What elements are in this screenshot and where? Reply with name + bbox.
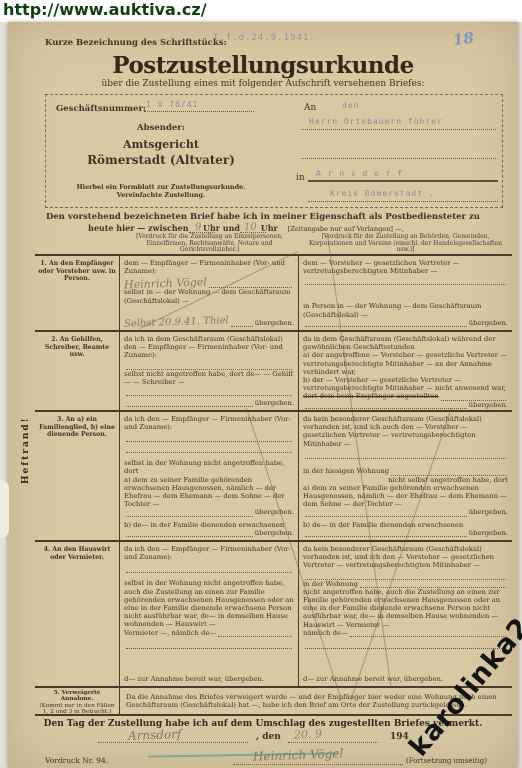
row2-left-uebergeben: übergeben. xyxy=(255,399,294,407)
binding-margin-note: Heftrand! xyxy=(21,416,31,484)
row2-right-bottom-fill xyxy=(305,401,467,409)
document-subtitle: über die Zustellung eines mit folgender … xyxy=(8,79,518,89)
column-header-right: [Vordruck für die Zustellung an Behörden… xyxy=(299,234,512,254)
table-row-1: 1. An den Empfänger oder Vorsteher usw. … xyxy=(35,256,512,332)
district-line xyxy=(308,193,498,202)
row3-right-cell: da kein besonderer Geschäftsraum (Geschä… xyxy=(299,412,512,540)
row2-right-bottom: übergeben. xyxy=(303,401,508,409)
row4-right-blank1 xyxy=(305,572,506,580)
row3-label: 3. An a) ein Familienglied, b) eine dien… xyxy=(35,412,120,540)
intro-line1: Den vorstehend bezeichneten Brief habe i… xyxy=(46,212,506,222)
row1-right-bottom: übergeben. xyxy=(303,319,508,327)
row4-left-blank1 xyxy=(126,565,292,573)
form-table: 1. An den Empfänger oder Vorsteher usw. … xyxy=(35,254,512,716)
table-row-3: 3. An a) ein Familienglied, b) eine dien… xyxy=(35,412,512,542)
row2-left-blank1 xyxy=(126,362,292,370)
row2-left-text1: da ich in dem Geschäftsraum (Geschäftslo… xyxy=(124,335,294,360)
row1-left-uebergeben: übergeben. xyxy=(255,319,294,327)
enclosure-note-1: Hierbei ein Formblatt zur Zustellungsurk… xyxy=(46,183,276,191)
row3-right-ueb2: übergeben. xyxy=(469,529,508,537)
row3-right-ueb1: übergeben. xyxy=(469,508,508,516)
case-number-label: Geschäftsnummer: xyxy=(56,104,146,114)
signature-line xyxy=(233,756,403,765)
row5-label: 5. Verweigerte Annahme. (Kommt nur in de… xyxy=(35,688,120,714)
row3-right-blank1 xyxy=(305,451,506,459)
screenshot-root: { "browser": { "url": "http://www.auktiv… xyxy=(0,0,522,768)
intro-line2a: heute hier — zwischen xyxy=(88,223,189,233)
row2-left-blank2 xyxy=(126,388,292,396)
row3-right-wohnung-line: in der hiesigen Wohnung xyxy=(303,467,508,475)
row4-left-text4: d— zur Annahme bereit war, übergeben. xyxy=(124,675,294,683)
row3-left-blank2 xyxy=(126,445,292,453)
blank-address-line xyxy=(301,150,496,159)
row5-label-line1: 5. Verweigerte Annahme. xyxy=(37,690,117,703)
row2-right-cell: da in dem Geschäftsraum (Geschäftslokal)… xyxy=(299,332,512,410)
row4-left-fill2 xyxy=(218,629,292,637)
row3-right-text2: in der hiesigen Wohnung xyxy=(303,467,389,475)
row3-right-fill xyxy=(391,468,506,476)
place-blank-line xyxy=(98,734,248,743)
row3-right-text5: b) de— in der Familie dienenden erwachse… xyxy=(303,521,508,529)
typed-reference: T.f.d.24.9.1941. xyxy=(213,33,316,43)
document-title: Postzustellungsurkunde xyxy=(8,52,518,79)
row4-right-text4: nämlich de— xyxy=(303,629,348,637)
row2-right-item-b: b) der — Vorsteher — gesetzliche Vertret… xyxy=(303,376,508,392)
enclosure-note-2: Vereinfachte Zustellung. xyxy=(46,191,276,199)
den-label: , den xyxy=(256,732,281,742)
row2-right-fill xyxy=(441,393,506,401)
row3-left-bottom: übergeben. xyxy=(124,529,294,537)
row2-left-text2: selbst nicht angetroffen habe, dort de— … xyxy=(124,370,294,386)
continuation-note: (Fortsetzung umseitig) xyxy=(406,757,487,765)
row1-left-text2: selbst in — der Wohnung — dem Geschäftsr… xyxy=(124,288,294,304)
row1-left-text1: dem — Empfänger — Firmeninhaber (Vor- un… xyxy=(124,259,294,275)
row1-right-bottom-fill xyxy=(305,319,467,327)
row4-right-blank2 xyxy=(305,641,506,649)
intro-line2d: [Zeitangabe nur auf Verlangen] —, xyxy=(288,225,404,233)
to-typed-den: den xyxy=(342,101,359,110)
row3-right-bottom-fill xyxy=(305,529,467,537)
short-designation-label: Kurze Bezeichnung des Schriftstücks: xyxy=(45,38,227,48)
address-box: Geschäftsnummer: 1 V 76/41 Absender: Amt… xyxy=(45,94,503,208)
row3-left-text2: selbst in der Wohnung nicht angetroffen … xyxy=(124,459,294,475)
row3-left-text4: b) de— in der Familie dienenden erwachse… xyxy=(124,521,294,529)
row3-right-bottom: übergeben. xyxy=(303,529,508,537)
row1-label: 1. An den Empfänger oder Vorsteher usw. … xyxy=(35,256,120,330)
date-blank-line xyxy=(288,734,378,743)
row3-left-ueb1-line: übergeben. xyxy=(124,508,294,516)
row2-right-struck-line: dort dem beim Empfänger angestellten xyxy=(303,392,508,400)
row1-right-uebergeben: übergeben. xyxy=(469,319,508,327)
row3-left-text1: da ich den — Empfänger — Firmeninhaber (… xyxy=(124,415,294,431)
row3-left-cell: da ich den — Empfänger — Firmeninhaber (… xyxy=(120,412,299,540)
table-row-2: 2. An Gehilfen, Schreiber, Beamte usw. d… xyxy=(35,332,512,412)
sender-line2: Römerstadt (Altvater) xyxy=(46,153,276,167)
row2-left-bottom-fill xyxy=(126,399,253,407)
column-header-left: [Vordruck für die Zustellung an Einzelpe… xyxy=(120,234,299,254)
row3-right-ueb1-line: übergeben. xyxy=(303,508,508,516)
row3-left-bottom-fill xyxy=(126,529,253,537)
row3-right-ueb1-fill xyxy=(305,509,467,517)
intro-line2b: Uhr und xyxy=(203,223,240,233)
row4-right-fill1 xyxy=(360,580,506,588)
form-number: Vordruck Nr. 94. xyxy=(45,756,108,765)
document-page: Kurze Bezeichnung des Schriftstücks: T.f… xyxy=(8,22,518,768)
row3-right-text3: nicht selbst angetroffen habe, dort xyxy=(303,476,508,484)
row4-right-text1: da kein besonderer Geschäftsraum (Geschä… xyxy=(303,545,508,570)
row4-label: 4. An den Hauswirt oder Vermieter. xyxy=(35,542,120,686)
row2-label: 2. An Gehilfen, Schreiber, Beamte usw. xyxy=(35,332,120,410)
table-row-4: 4. An den Hauswirt oder Vermieter. da ic… xyxy=(35,542,512,688)
row1-left-hw-line: Heinrich Vögel xyxy=(124,275,294,288)
row3-left-text3: a) dem zu seiner Familie gehörenden erwa… xyxy=(124,476,294,509)
row4-left-blank2 xyxy=(126,641,292,649)
row4-right-naemlich-line: nämlich de— xyxy=(303,629,508,637)
recipient-handwritten: Heinrich Vögel xyxy=(124,279,207,290)
url-watermark-bar: http://www.auktiva.cz/ xyxy=(0,0,522,22)
row3-left-ueb1-fill xyxy=(126,509,253,517)
row1-right-text1: dem — Vorsteher — gesetzlichen Vertreter… xyxy=(303,259,508,275)
row4-left-text1: da ich den — Empfänger — Firmeninhaber (… xyxy=(124,545,294,561)
pencil-page-number: 18 xyxy=(452,29,475,50)
hour1-handwritten: 9 xyxy=(194,222,201,233)
row5-label-line2: (Kommt nur in den Fällen 1, 2 und 3 in B… xyxy=(37,703,117,716)
row4-left-cell: da ich den — Empfänger — Firmeninhaber (… xyxy=(120,542,299,686)
row3-left-ueb1: übergeben. xyxy=(255,508,294,516)
sender-line1: Amtsgericht xyxy=(46,138,276,151)
column-header-spacer xyxy=(35,234,120,254)
row3-right-text1: da kein besonderer Geschäftsraum (Geschä… xyxy=(303,415,508,448)
intro-line2c: Uhr xyxy=(261,223,278,233)
in-label: in xyxy=(296,173,305,183)
row4-left-naemlich-line: Vermieter —, nämlich de— xyxy=(124,629,294,637)
row1-right-blank xyxy=(305,277,506,285)
row4-right-text2: in der Wohnung xyxy=(303,580,358,588)
row2-right-struck-text: dort dem beim Empfänger angestellten xyxy=(303,392,439,400)
row2-right-text1: da in dem Geschäftsraum (Geschäftslokal)… xyxy=(303,335,508,351)
row1-left-bottom-fill xyxy=(231,319,253,327)
hour2-handwritten: 10 xyxy=(244,222,257,233)
case-number-line xyxy=(144,103,254,112)
sender-label: Absender: xyxy=(46,123,276,133)
to-label: An xyxy=(304,103,316,113)
site-url-text: http://www.auktiva.cz/ xyxy=(3,0,207,19)
row2-right-uebergeben: übergeben. xyxy=(469,401,508,409)
row4-left-text3: Vermieter —, nämlich de— xyxy=(124,629,216,637)
row2-left-cell: da ich in dem Geschäftsraum (Geschäftslo… xyxy=(120,332,299,410)
row4-right-text3: nicht angetroffen habe, auch die Zustell… xyxy=(303,588,508,629)
place-line xyxy=(308,173,498,182)
intro-line2: heute hier — zwischen 9 Uhr und 10 Uhr [… xyxy=(88,222,508,233)
torn-paper-notch xyxy=(0,480,9,538)
row4-right-wohnung-line: in der Wohnung xyxy=(303,580,508,588)
column-headers: [Vordruck für die Zustellung an Einzelpe… xyxy=(35,234,512,254)
row4-left-text2: selbst in der Wohnung nicht angetroffen … xyxy=(124,579,294,628)
recipient-line xyxy=(301,121,496,130)
row2-left-bottom: übergeben. xyxy=(124,399,294,407)
row3-left-blank1 xyxy=(126,434,292,442)
row3-right-text4: a) dem zu seiner Familie gehörenden erwa… xyxy=(303,484,508,509)
row2-right-item-a: a) der angetroffene — Vorsteher — gesetz… xyxy=(303,351,508,376)
row1-right-text2: in Person in — der Wohnung — dem Geschäf… xyxy=(303,302,508,318)
